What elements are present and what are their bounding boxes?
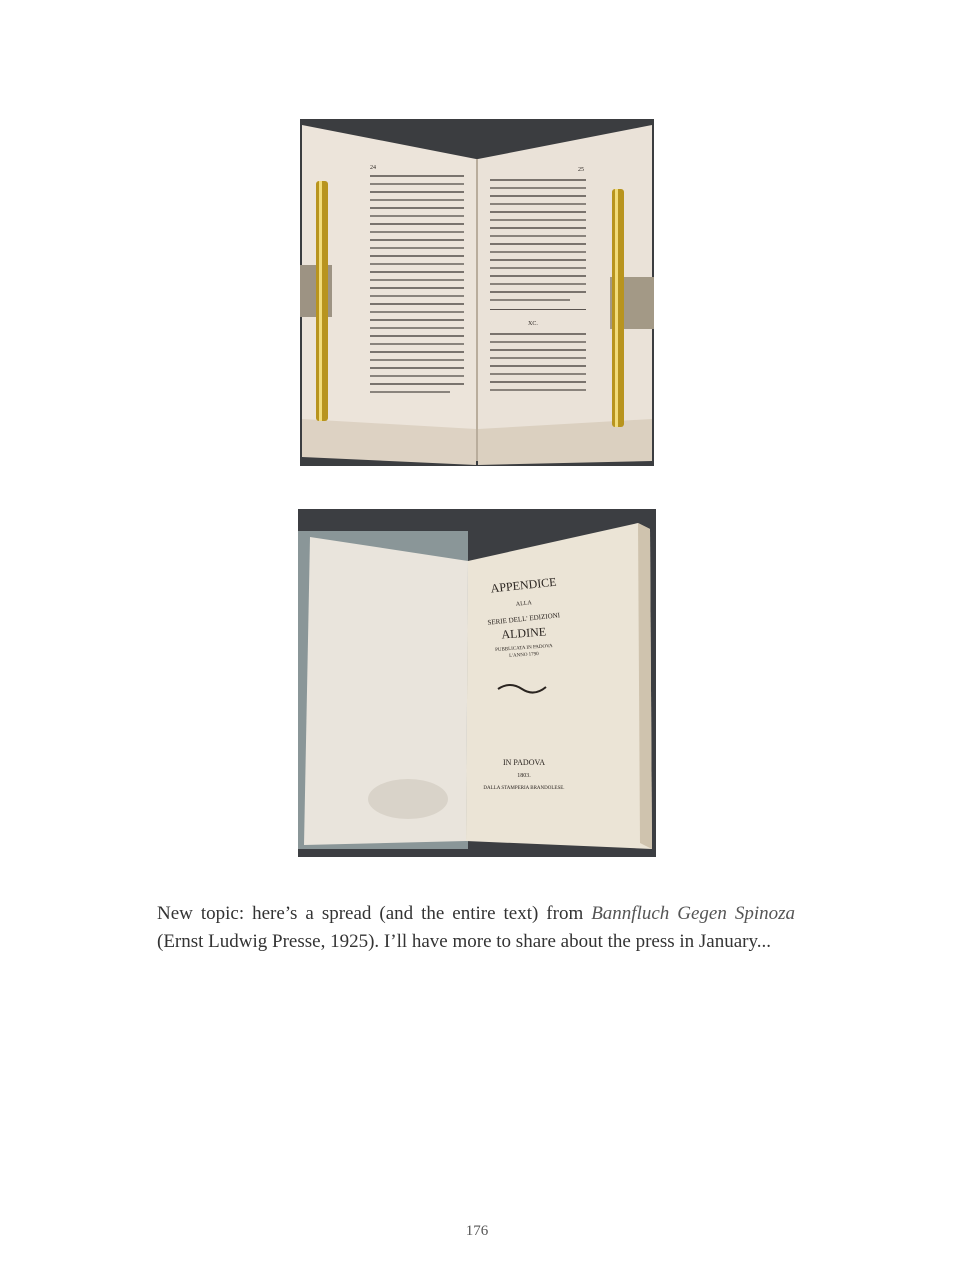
svg-text:DALLA STAMPERIA BRANDOLESE.: DALLA STAMPERIA BRANDOLESE. bbox=[483, 786, 564, 791]
body-paragraph: New topic: here’s a spread (and the enti… bbox=[157, 900, 795, 956]
svg-text:24: 24 bbox=[370, 165, 376, 171]
title-page-illustration: APPENDICE ALLA SERIE DELL' EDIZIONI ALDI… bbox=[298, 509, 656, 857]
paragraph-text-after: (Ernst Ludwig Presse, 1925). I’ll have m… bbox=[157, 931, 771, 952]
svg-text:25: 25 bbox=[578, 167, 584, 173]
book-title: Bannfluch Gegen Spinoza bbox=[591, 903, 795, 924]
page-number: 176 bbox=[0, 1223, 954, 1240]
svg-text:IN PADOVA: IN PADOVA bbox=[503, 758, 545, 767]
title-page-photo: APPENDICE ALLA SERIE DELL' EDIZIONI ALDI… bbox=[298, 509, 656, 857]
paragraph-text-before: New topic: here’s a spread (and the enti… bbox=[157, 903, 591, 924]
book-spread-illustration: 24 25 XC. bbox=[300, 119, 654, 466]
svg-text:XC.: XC. bbox=[528, 321, 538, 327]
svg-text:1803.: 1803. bbox=[517, 773, 531, 779]
open-book-spread-photo: 24 25 XC. bbox=[300, 119, 654, 466]
